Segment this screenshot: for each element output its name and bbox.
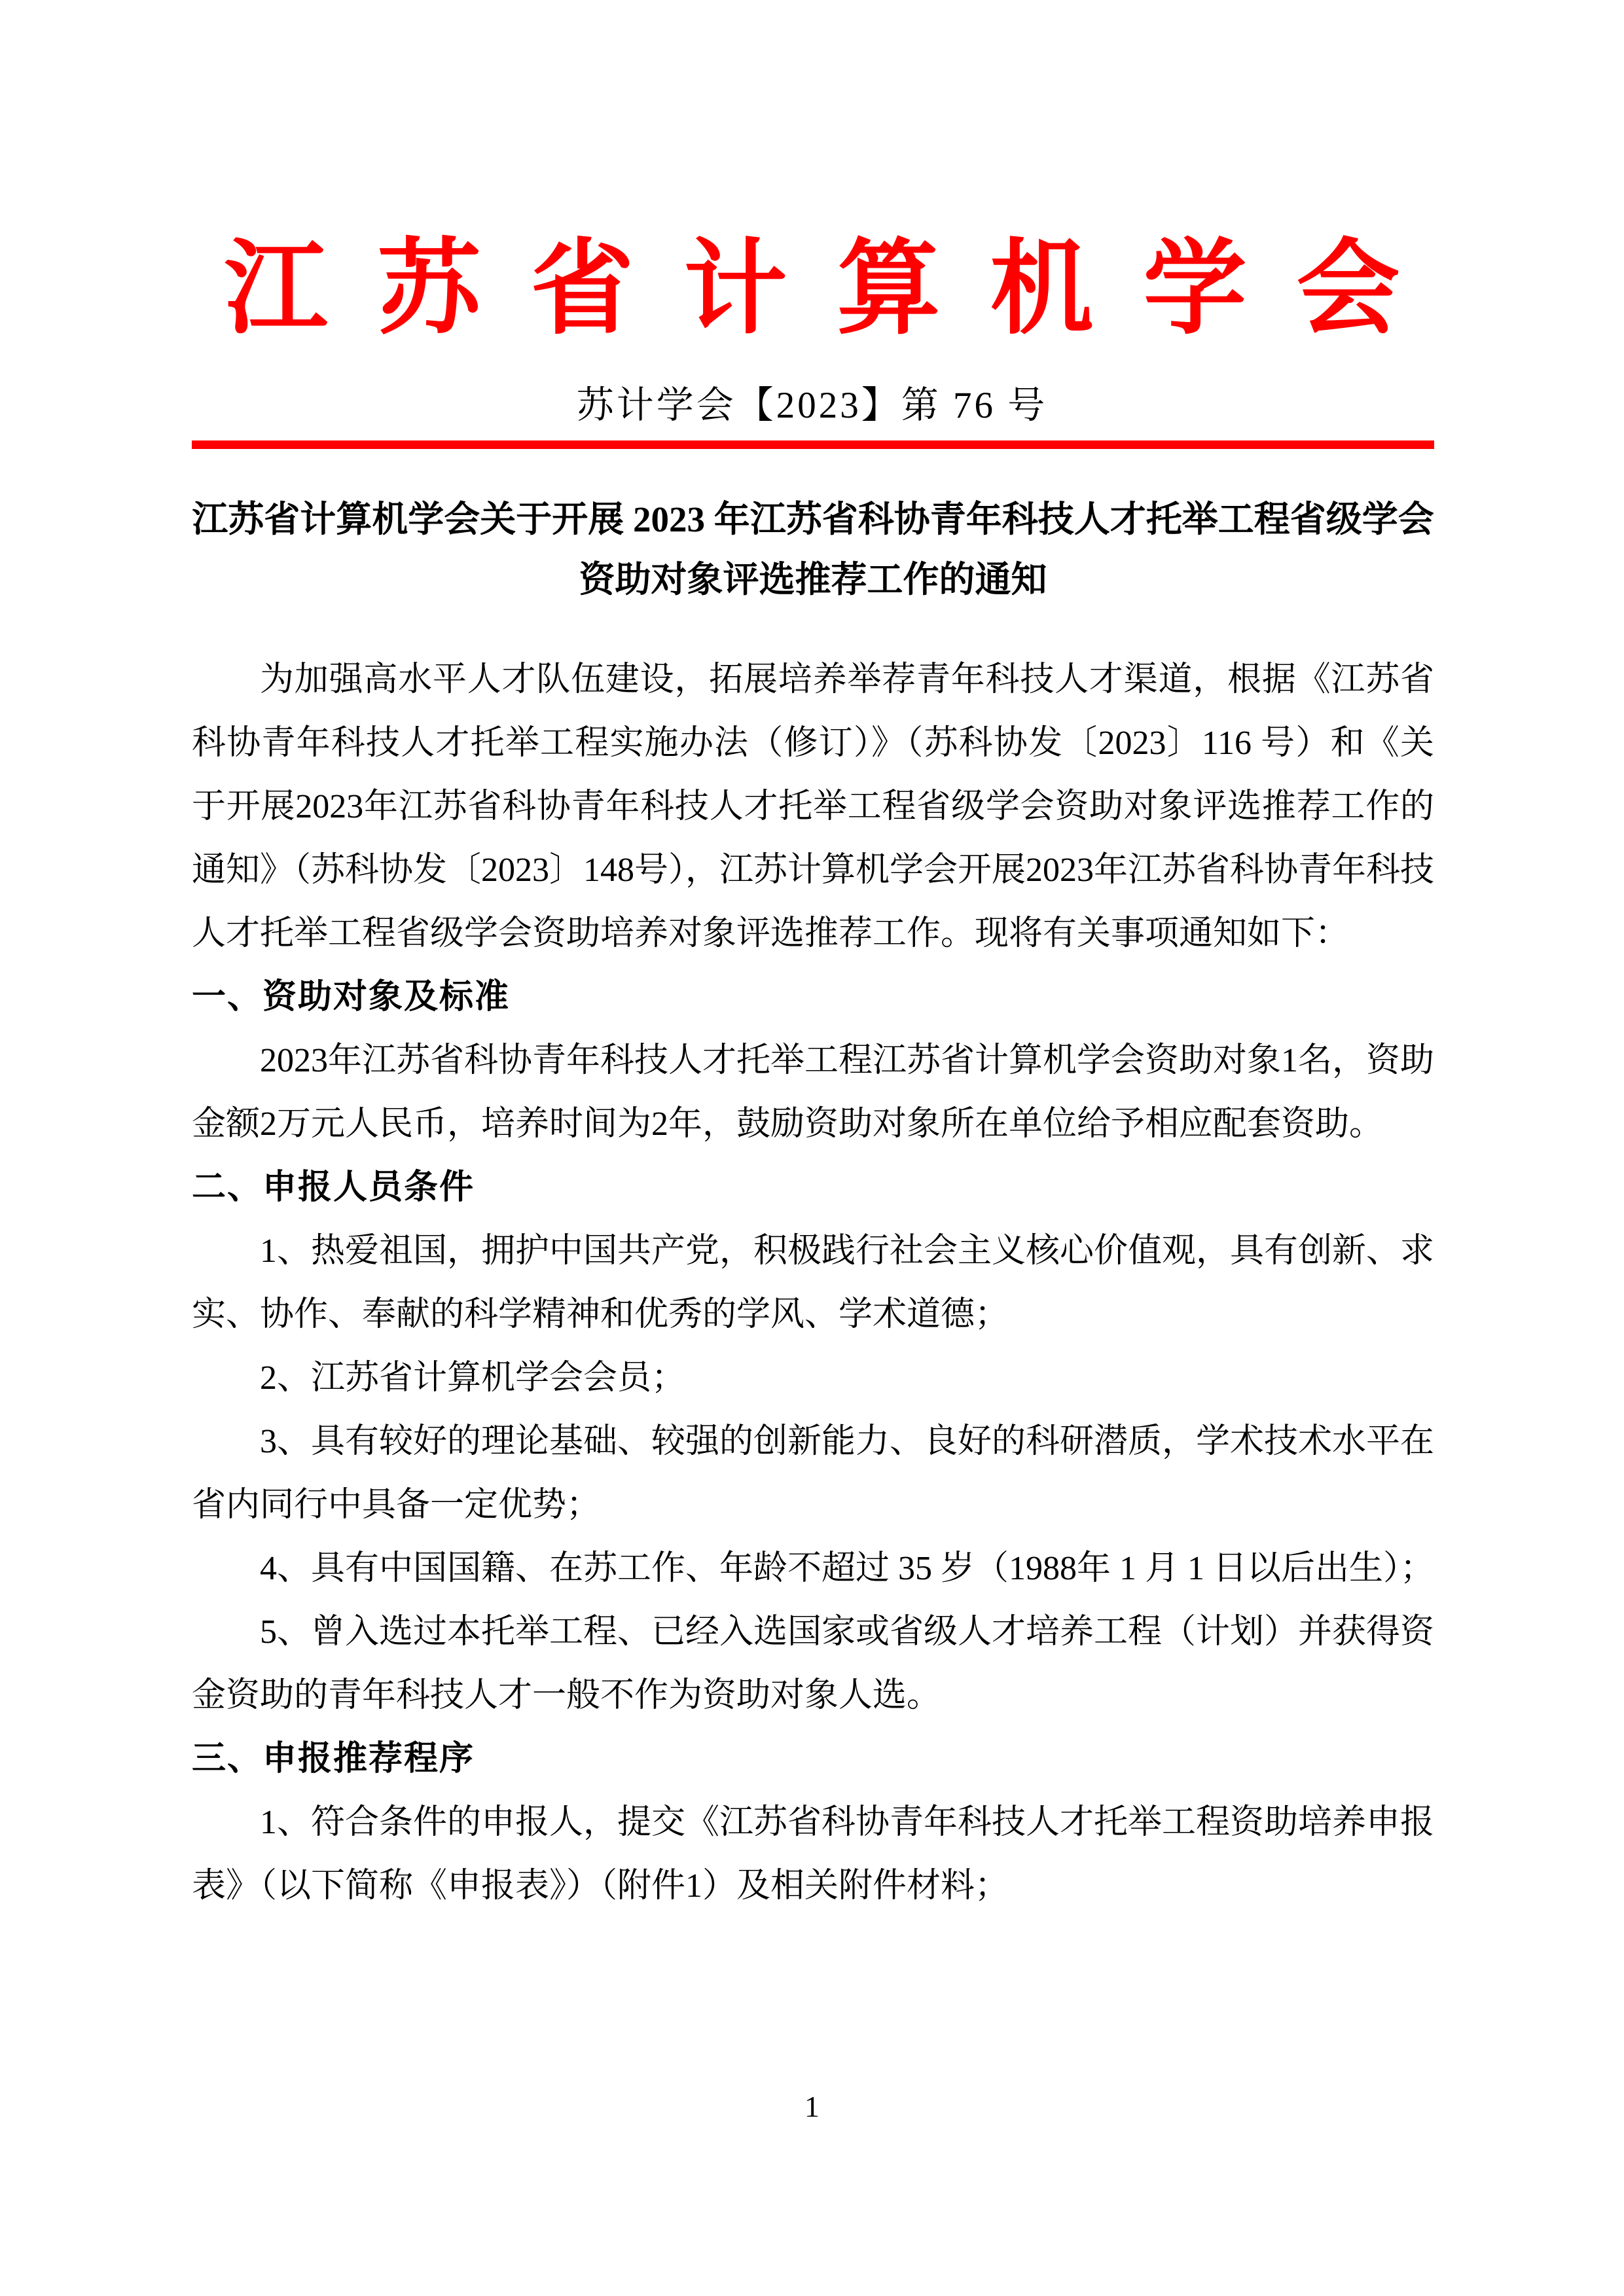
body-paragraph: 5、曾入选过本托举工程、已经入选国家或省级人才培养工程（计划）并获得资金资助的青… — [192, 1600, 1434, 1727]
document-title: 江苏省计算机学会关于开展 2023 年江苏省科协青年科技人才托举工程省级学会资助… — [192, 490, 1434, 610]
body-paragraph: 1、热爱祖国，拥护中国共产党，积极践行社会主义核心价值观，具有创新、求实、协作、… — [192, 1219, 1434, 1346]
document-body: 为加强高水平人才队伍建设，拓展培养举荐青年科技人才渠道，根据《江苏省科协青年科技… — [192, 648, 1434, 1918]
document-reference-number: 苏计学会【2023】第 76 号 — [0, 382, 1624, 430]
body-paragraph: 2023年江苏省科协青年科技人才托举工程江苏省计算机学会资助对象1名，资助金额2… — [192, 1029, 1434, 1156]
body-paragraph: 4、具有中国国籍、在苏工作、年龄不超过 35 岁（1988年 1 月 1 日以后… — [192, 1537, 1434, 1600]
section-heading: 三、申报推荐程序 — [192, 1727, 1434, 1791]
page-number: 1 — [0, 2089, 1624, 2124]
body-paragraph: 为加强高水平人才队伍建设，拓展培养举荐青年科技人才渠道，根据《江苏省科协青年科技… — [192, 648, 1434, 965]
document-page: 江苏省计算机学会 苏计学会【2023】第 76 号 江苏省计算机学会关于开展 2… — [0, 0, 1624, 2296]
body-paragraph: 2、江苏省计算机学会会员； — [192, 1346, 1434, 1410]
body-paragraph: 1、符合条件的申报人，提交《江苏省科协青年科技人才托举工程资助培养申报表》（以下… — [192, 1791, 1434, 1918]
section-heading: 二、申报人员条件 — [192, 1156, 1434, 1219]
section-heading: 一、资助对象及标准 — [192, 965, 1434, 1029]
red-divider-rule — [192, 440, 1434, 449]
body-paragraph: 3、具有较好的理论基础、较强的创新能力、良好的科研潜质，学术技术水平在省内同行中… — [192, 1410, 1434, 1537]
organization-name: 江苏省计算机学会 — [0, 228, 1624, 352]
